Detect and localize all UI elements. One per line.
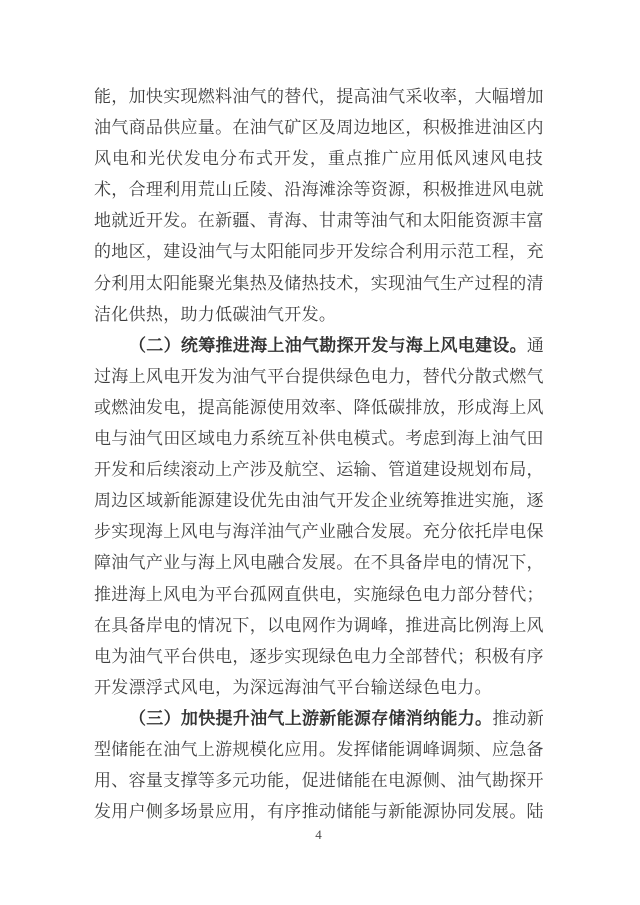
text-line: 术，合理利用荒山丘陵、沿海滩涂等资源，积极推进风电就: [94, 174, 543, 205]
text-line: 分利用太阳能聚光集热及储热技术，实现油气生产过程的清: [94, 268, 543, 299]
section-heading-bold: （三）加快提升油气上游新能源存储消纳能力。: [129, 709, 492, 728]
text-run: 用、容量支撑等多元功能，促进储能在电源侧、油气勘探开: [94, 771, 543, 790]
text-line: 的地区，建设油气与太阳能同步开发综合利用示范工程，充: [94, 236, 543, 267]
text-run: 发用户侧多场景应用，有序推动储能与新能源协同发展。陆: [94, 802, 543, 821]
text-run: 推进海上风电为平台孤网直供电，实施绿色电力部分替代；: [94, 585, 543, 604]
document-text-block: 能，加快实现燃料油气的替代，提高油气采收率，大幅增加 油气商品供应量。在油气矿区…: [94, 81, 543, 827]
paragraph-end-line: 洁化供热，助力低碳油气开发。: [94, 299, 543, 330]
text-line: 步实现海上风电与海洋油气产业融合发展。充分依托岸电保: [94, 516, 543, 547]
text-run: 开发漂浮式风电，为深远海油气平台输送绿色电力。: [94, 678, 492, 697]
text-run: 油气商品供应量。在油气矿区及周边地区，积极推进油区内: [94, 118, 543, 137]
text-line: 障油气产业与海上风电融合发展。在不具备岸电的情况下，: [94, 547, 543, 578]
text-line: 周边区域新能源建设优先由油气开发企业统筹推进实施，逐: [94, 485, 543, 516]
text-line: 电与油气田区域电力系统互补供电模式。考虑到海上油气田: [94, 423, 543, 454]
page-number: 4: [94, 827, 543, 843]
paragraph-end-line: 开发漂浮式风电，为深远海油气平台输送绿色电力。: [94, 672, 543, 703]
text-line: 油气商品供应量。在油气矿区及周边地区，积极推进油区内: [94, 112, 543, 143]
section-heading-line-3: （三）加快提升油气上游新能源存储消纳能力。推动新: [94, 703, 543, 734]
text-run: 通: [527, 336, 543, 355]
text-line: 过海上风电开发为油气平台提供绿色电力，替代分散式燃气: [94, 361, 543, 392]
text-run: 在具备岸电的情况下，以电网作为调峰，推进高比例海上风: [94, 616, 543, 635]
section-heading-line-2: （二）统筹推进海上油气勘探开发与海上风电建设。通: [94, 330, 543, 361]
text-run: 风电和光伏发电分布式开发，重点推广应用低风速风电技: [94, 149, 543, 168]
text-run: 型储能在油气上游规模化应用。发挥储能调峰调频、应急备: [94, 740, 543, 759]
text-run: 地就近开发。在新疆、青海、甘肃等油气和太阳能资源丰富: [94, 211, 543, 230]
text-run: 洁化供热，助力低碳油气开发。: [94, 305, 336, 324]
text-run: 障油气产业与海上风电融合发展。在不具备岸电的情况下，: [94, 553, 543, 572]
document-page: 能，加快实现燃料油气的替代，提高油气采收率，大幅增加 油气商品供应量。在油气矿区…: [0, 0, 640, 905]
text-line: 或燃油发电，提高能源使用效率、降低碳排放，形成海上风: [94, 392, 543, 423]
text-line: 用、容量支撑等多元功能，促进储能在电源侧、油气勘探开: [94, 765, 543, 796]
text-line: 型储能在油气上游规模化应用。发挥储能调峰调频、应急备: [94, 734, 543, 765]
text-line: 推进海上风电为平台孤网直供电，实施绿色电力部分替代；: [94, 579, 543, 610]
text-line: 发用户侧多场景应用，有序推动储能与新能源协同发展。陆: [94, 796, 543, 827]
text-run: 的地区，建设油气与太阳能同步开发综合利用示范工程，充: [94, 242, 543, 261]
text-run: 开发和后续滚动上产涉及航空、运输、管道建设规划布局，: [94, 460, 543, 479]
text-run: 周边区域新能源建设优先由油气开发企业统筹推进实施，逐: [94, 491, 543, 510]
text-run: 推动新: [492, 709, 543, 728]
text-run: 过海上风电开发为油气平台提供绿色电力，替代分散式燃气: [94, 367, 543, 386]
text-run: 或燃油发电，提高能源使用效率、降低碳排放，形成海上风: [94, 398, 543, 417]
text-line: 开发和后续滚动上产涉及航空、运输、管道建设规划布局，: [94, 454, 543, 485]
section-heading-bold: （二）统筹推进海上油气勘探开发与海上风电建设。: [129, 336, 527, 355]
text-run: 电为油气平台供电，逐步实现绿色电力全部替代；积极有序: [94, 647, 543, 666]
text-run: 电与油气田区域电力系统互补供电模式。考虑到海上油气田: [94, 429, 543, 448]
text-line: 能，加快实现燃料油气的替代，提高油气采收率，大幅增加: [94, 81, 543, 112]
text-run: 分利用太阳能聚光集热及储热技术，实现油气生产过程的清: [94, 274, 543, 293]
text-run: 步实现海上风电与海洋油气产业融合发展。充分依托岸电保: [94, 522, 543, 541]
text-line: 在具备岸电的情况下，以电网作为调峰，推进高比例海上风: [94, 610, 543, 641]
text-line: 风电和光伏发电分布式开发，重点推广应用低风速风电技: [94, 143, 543, 174]
text-run: 术，合理利用荒山丘陵、沿海滩涂等资源，积极推进风电就: [94, 180, 543, 199]
text-run: 能，加快实现燃料油气的替代，提高油气采收率，大幅增加: [94, 87, 543, 106]
text-line: 电为油气平台供电，逐步实现绿色电力全部替代；积极有序: [94, 641, 543, 672]
text-line: 地就近开发。在新疆、青海、甘肃等油气和太阳能资源丰富: [94, 205, 543, 236]
